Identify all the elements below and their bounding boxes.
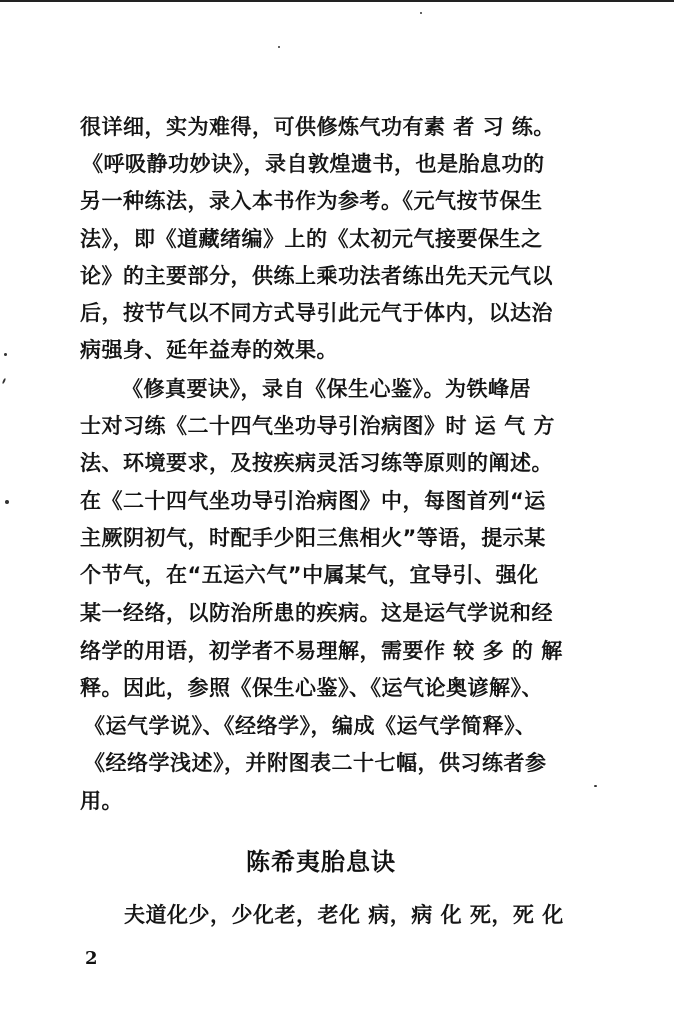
text-line: 《修真要诀》，录自《保生心鉴》。为铁峰居 [122, 374, 531, 404]
text-line: 病强身、延年益寿的效果。 [80, 335, 338, 365]
text-line: 《呼吸静功妙诀》，录自敦煌遗书，也是胎息功的 [82, 149, 545, 179]
text-line: 主厥阴初气，时配手少阳三焦相火”等语，提示某 [80, 523, 546, 553]
text-line: 《经络学浅述》，并附图表二十七幅，供习练者参 [84, 748, 547, 778]
text-line: 另一种练法，录入本书作为参考。《元气按节保生 [80, 186, 543, 216]
text-line: 很详细，实为难得，可供修炼气功有素 者 习 练。 [80, 112, 555, 142]
text-line: 在《二十四气坐功导引治病图》中，每图首列“运 [80, 486, 546, 516]
section-heading: 陈希夷胎息诀 [246, 842, 396, 877]
text-line: 论》的主要部分，供练上乘功法者练出先天元气以 [80, 261, 553, 291]
scan-speck [420, 12, 422, 14]
text-line: 释。因此，参照《保生心鉴》、《运气论奥谚解》、 [80, 673, 543, 703]
scan-speck [594, 785, 597, 787]
text-line: 用。 [80, 786, 123, 816]
text-line: 络学的用语，初学者不易理解，需要作 较 多 的 解 [80, 636, 563, 666]
text-line: 法、环境要求，及按疾病灵活习练等原则的阐述。 [80, 448, 553, 478]
text-line: 夫道化少，少化老，老化 病，病 化 死，死 化 [124, 900, 564, 930]
text-line: 法》，即《道藏绪编》上的《太初元气接要保生之 [80, 224, 543, 254]
text-line: 《运气学说》、《经络学》，编成《运气学简释》、 [84, 711, 537, 741]
scan-speck [5, 500, 9, 504]
scan-speck [4, 353, 7, 356]
text-line: 后，按节气以不同方式导引此元气于体内，以达治 [80, 298, 553, 328]
top-border-rule [0, 0, 674, 2]
scan-speck [278, 46, 280, 48]
page-number: 2 [85, 948, 98, 969]
text-line: 个节气，在“五运六气”中属某气，宜导引、强化 [80, 560, 539, 590]
scan-speck [2, 378, 6, 384]
text-line: 士对习练《二十四气坐功导引治病图》时 运 气 方 [80, 411, 555, 441]
text-line: 某一经络，以防治所患的疾病。这是运气学说和经 [80, 598, 553, 628]
